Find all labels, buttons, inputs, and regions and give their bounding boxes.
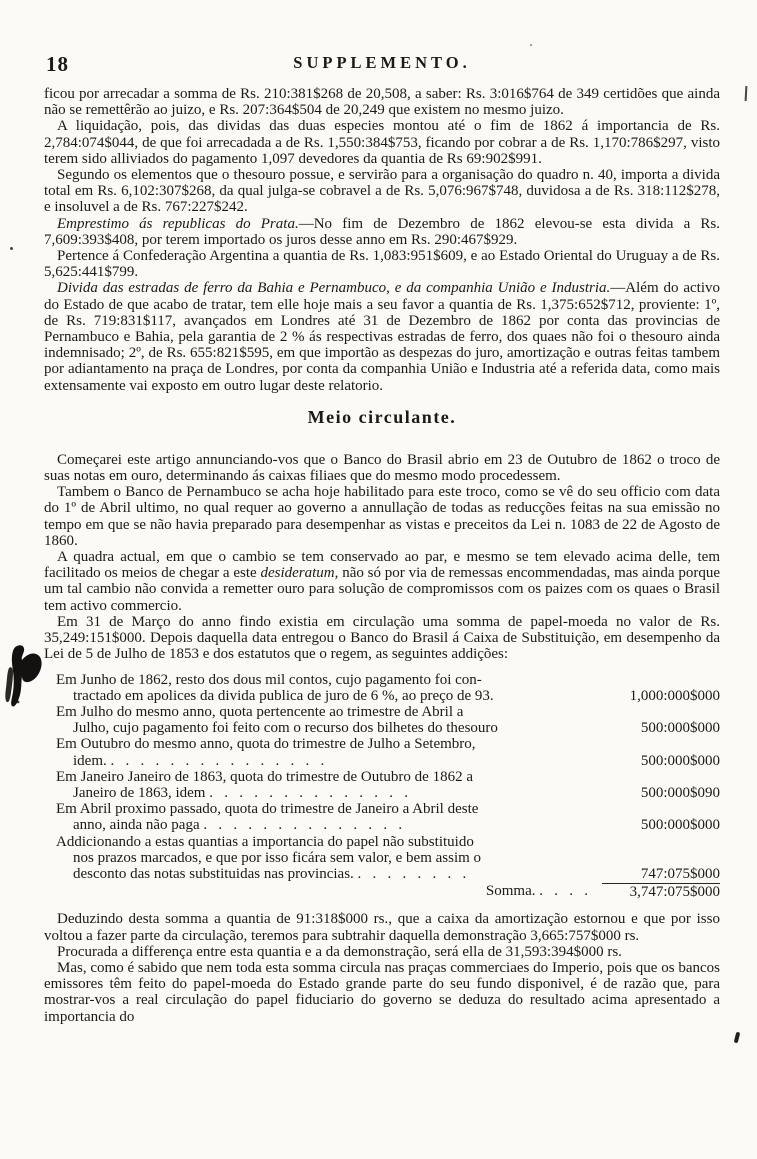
ledger-line: Janeiro de 1863, idem . . . . . . . . . … xyxy=(56,785,602,801)
ledger-row: Em Abril proximo passado, quota do trime… xyxy=(44,801,720,833)
ledger-amount: 500:000$090 xyxy=(602,785,720,801)
italic-word: desideratum, xyxy=(260,565,338,581)
scanned-document-page: 18 SUPPLEMENTO. ficou por arrecadar a so… xyxy=(0,0,757,1159)
ledger-line: idem. . . . . . . . . . . . . . . . xyxy=(56,753,602,769)
ledger-line: Em Abril proximo passado, quota do trime… xyxy=(56,801,602,817)
ledger-row-label: Em Julho do mesmo anno, quota pertencent… xyxy=(44,704,602,736)
paragraph-text: Mas, como é sabido que nem toda esta som… xyxy=(44,960,720,1025)
ledger-row: Addicionando a estas quantias a importan… xyxy=(44,834,720,883)
paragraph: Procurada a differença entre esta quanti… xyxy=(44,944,720,960)
ledger-row-label: Em Junho de 1862, resto dos dous mil con… xyxy=(44,672,602,704)
ledger-sum-label: Somma. . . . . xyxy=(44,883,602,900)
ink-stain-icon xyxy=(1,640,47,716)
section-heading: Meio circulante. xyxy=(44,407,720,428)
ledger-line: nos prazos marcados, e que por isso ficá… xyxy=(56,850,602,866)
ledger-amount: 500:000$000 xyxy=(602,720,720,736)
paragraph-text: Procurada a differença entre esta quanti… xyxy=(57,944,622,960)
ledger-row: Em Junho de 1862, resto dos dous mil con… xyxy=(44,672,720,704)
ledger-line: Em Janeiro Janeiro de 1863, quota do tri… xyxy=(56,769,602,785)
paragraph: Tambem o Banco de Pernambuco se acha hoj… xyxy=(44,484,720,549)
ledger-table: Em Junho de 1862, resto dos dous mil con… xyxy=(44,672,720,901)
ledger-row-label: Em Outubro do mesmo anno, quota do trime… xyxy=(44,736,602,768)
ledger-row-label: Em Abril proximo passado, quota do trime… xyxy=(44,801,602,833)
paragraph: Segundo os elementos que o thesouro poss… xyxy=(44,167,720,216)
ledger-line: Addicionando a estas quantias a importan… xyxy=(56,834,602,850)
paragraph-text: Tambem o Banco de Pernambuco se acha hoj… xyxy=(44,484,720,549)
paragraph-text: Pertence á Confederação Argentina a quan… xyxy=(44,248,720,280)
running-title: SUPPLEMENTO. xyxy=(44,48,720,73)
ledger-line: tractado em apolices da divida publica d… xyxy=(56,688,602,704)
ledger-line: Em Julho do mesmo anno, quota pertencent… xyxy=(56,704,602,720)
paragraph-text: Começarei este artigo annunciando-vos qu… xyxy=(44,452,720,484)
ledger-line: Em Outubro do mesmo anno, quota do trime… xyxy=(56,736,602,752)
masthead: 18 SUPPLEMENTO. xyxy=(44,48,720,86)
ledger-row: Em Julho do mesmo anno, quota pertencent… xyxy=(44,704,720,736)
ledger-amount: 747:075$000 xyxy=(602,866,720,882)
paragraph: Em 31 de Março do anno findo existia em … xyxy=(44,614,720,663)
paragraph: Mas, como é sabido que nem toda esta som… xyxy=(44,960,720,1025)
paragraph-text: A liquidação, pois, das dividas das duas… xyxy=(44,118,720,166)
print-speck-icon xyxy=(10,247,13,250)
ledger-amount: 500:000$000 xyxy=(602,753,720,769)
ledger-row: Em Janeiro Janeiro de 1863, quota do tri… xyxy=(44,769,720,801)
paragraph: A quadra actual, em que o cambio se tem … xyxy=(44,549,720,614)
print-speck-icon xyxy=(745,86,748,101)
paragraph-text: Segundo os elementos que o thesouro poss… xyxy=(44,167,720,215)
ledger-line: desconto das notas substituidas nas prov… xyxy=(56,866,602,882)
page-content: 18 SUPPLEMENTO. ficou por arrecadar a so… xyxy=(44,48,720,1025)
paragraph-text: Em 31 de Março do anno findo existia em … xyxy=(44,614,720,662)
ledger-line: anno, ainda não paga . . . . . . . . . .… xyxy=(56,817,602,833)
ledger-line: Em Junho de 1862, resto dos dous mil con… xyxy=(56,672,602,688)
print-speck-icon xyxy=(530,44,532,46)
ledger-amount: 1,000:000$000 xyxy=(602,688,720,704)
ledger-amount: 500:000$000 xyxy=(602,817,720,833)
paragraph: Emprestimo ás republicas do Prata.—No fi… xyxy=(44,216,720,248)
print-speck-icon xyxy=(734,1032,741,1044)
paragraph: Divida das estradas de ferro da Bahia e … xyxy=(44,280,720,393)
paragraph-text: —Além do activo do Estado de que acabo d… xyxy=(44,280,720,393)
paragraph-text: ficou por arrecadar a somma de Rs. 210:3… xyxy=(44,86,720,118)
ledger-sum-row: Somma. . . . . 3,747:075$000 xyxy=(44,883,720,900)
paragraph-lead-italic: Emprestimo ás republicas do Prata. xyxy=(57,216,299,232)
ledger-line: Julho, cujo pagamento foi feito com o re… xyxy=(56,720,602,736)
page-number: 18 xyxy=(46,52,69,77)
paragraph: Pertence á Confederação Argentina a quan… xyxy=(44,248,720,280)
ledger-row: Em Outubro do mesmo anno, quota do trime… xyxy=(44,736,720,768)
ledger-row-label: Em Janeiro Janeiro de 1863, quota do tri… xyxy=(44,769,602,801)
ledger-row-label: Addicionando a estas quantias a importan… xyxy=(44,834,602,883)
paragraph: ficou por arrecadar a somma de Rs. 210:3… xyxy=(44,86,720,118)
paragraph: A liquidação, pois, das dividas das duas… xyxy=(44,118,720,167)
closing-paragraphs: Deduzindo desta somma a quantia de 91:31… xyxy=(44,911,720,1024)
paragraph: Deduzindo desta somma a quantia de 91:31… xyxy=(44,911,720,943)
ledger-sum-amount: 3,747:075$000 xyxy=(602,883,720,900)
paragraph: Começarei este artigo annunciando-vos qu… xyxy=(44,452,720,484)
paragraph-lead-italic: Divida das estradas de ferro da Bahia e … xyxy=(57,280,610,296)
paragraph-text: Deduzindo desta somma a quantia de 91:31… xyxy=(44,911,720,943)
